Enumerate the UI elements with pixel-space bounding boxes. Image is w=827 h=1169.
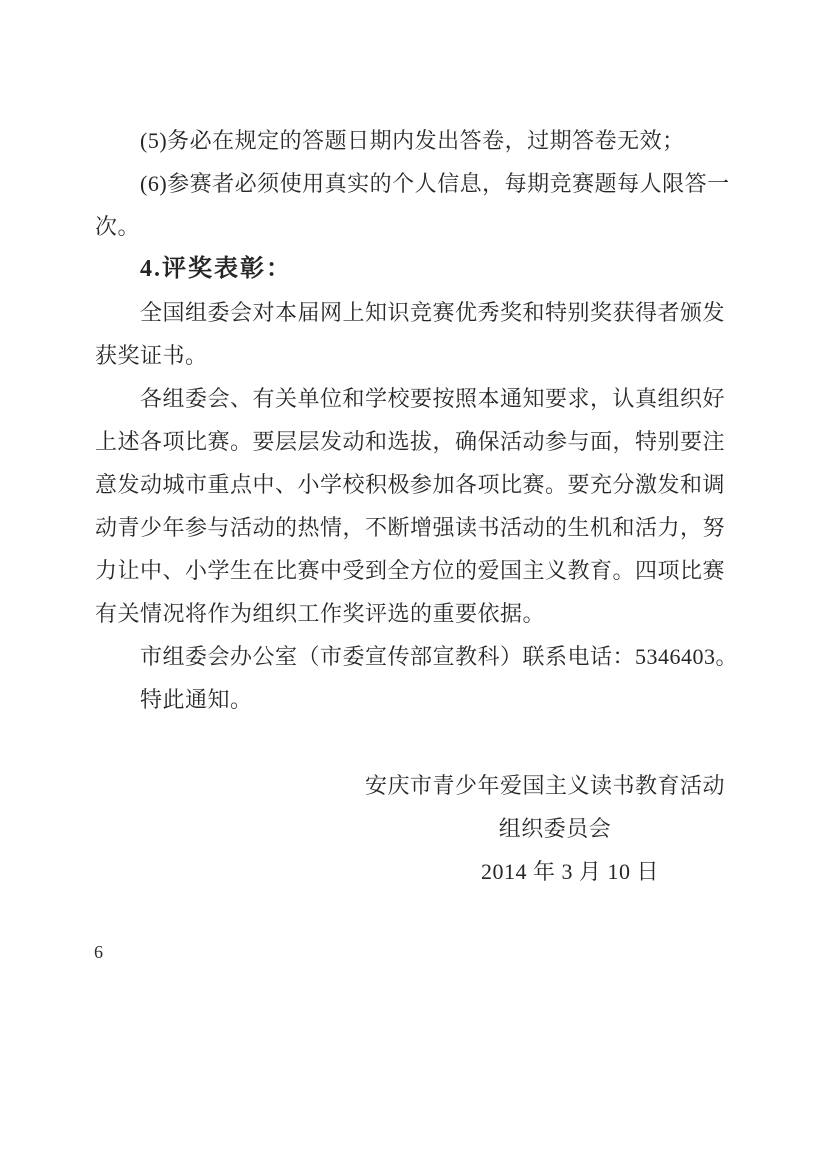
- paragraph-line: 上述各项比赛。要层层发动和选拔，确保活动参与面，特别要注: [95, 420, 725, 463]
- signature-date: 2014 年 3 月 10 日: [95, 850, 725, 893]
- section-heading: 4.评奖表彰：: [95, 248, 725, 291]
- blank-line: [95, 721, 725, 764]
- paragraph-line-item6: (6)参赛者必须使用真实的个人信息，每期竞赛题每人限答一: [95, 162, 725, 205]
- document-body: (5)务必在规定的答题日期内发出答卷，过期答卷无效； (6)参赛者必须使用真实的…: [95, 119, 725, 893]
- signature-committee: 组织委员会: [95, 807, 725, 850]
- document-page: (5)务必在规定的答题日期内发出答卷，过期答卷无效； (6)参赛者必须使用真实的…: [0, 0, 827, 1169]
- paragraph-line: 获奖证书。: [95, 334, 725, 377]
- page-number: 6: [94, 938, 103, 966]
- paragraph-line: 次。: [95, 205, 725, 248]
- paragraph-line: 有关情况将作为组织工作奖评选的重要依据。: [95, 592, 725, 635]
- signature-organization: 安庆市青少年爱国主义读书教育活动: [95, 764, 725, 807]
- contact-line: 市组委会办公室（市委宣传部宣教科）联系电话：5346403。: [95, 635, 725, 678]
- paragraph-line-item5: (5)务必在规定的答题日期内发出答卷，过期答卷无效；: [95, 119, 725, 162]
- paragraph-line: 全国组委会对本届网上知识竞赛优秀奖和特别奖获得者颁发: [95, 291, 725, 334]
- paragraph-line: 各组委会、有关单位和学校要按照本通知要求，认真组织好: [95, 377, 725, 420]
- paragraph-line: 意发动城市重点中、小学校积极参加各项比赛。要充分激发和调: [95, 463, 725, 506]
- notice-closing-line: 特此通知。: [95, 678, 725, 721]
- paragraph-line: 力让中、小学生在比赛中受到全方位的爱国主义教育。四项比赛: [95, 549, 725, 592]
- paragraph-line: 动青少年参与活动的热情，不断增强读书活动的生机和活力，努: [95, 506, 725, 549]
